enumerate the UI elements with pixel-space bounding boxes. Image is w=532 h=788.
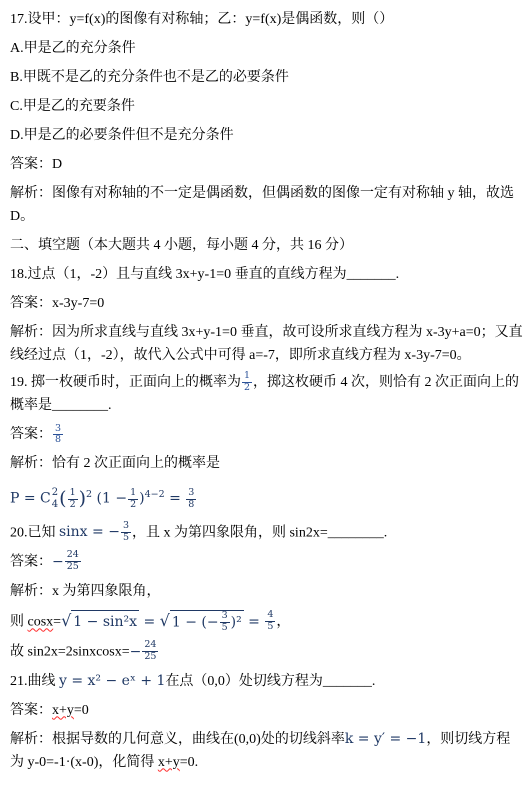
- q20-stem: 20.已知 sinx = −35，且 x 为第四象限角，则 sin2x=____…: [10, 521, 524, 544]
- q19-answer: 答案：38: [10, 423, 524, 446]
- stem-text: 在点（0,0）处切线方程为_______.: [165, 674, 375, 689]
- stem-text: 19. 掷一枚硬币时，正面向上的概率为: [10, 375, 241, 390]
- analysis-text: 因为所求直线与直线 3x+y-1=0 垂直，故可设所求直线方程为 x-3y+a=…: [10, 325, 523, 363]
- cosx-misspell-flag: cosx: [28, 615, 54, 630]
- answer-value: =0: [74, 703, 89, 718]
- fraction-three-fifths: 35: [120, 521, 132, 544]
- equals: =: [139, 614, 160, 630]
- analysis-text: 恰有 2 次正面向上的概率是: [52, 456, 220, 471]
- answer-label: 答案：: [10, 703, 52, 718]
- q17-option-c: C.甲是乙的充要条件: [10, 95, 524, 118]
- analysis-text: =0.: [180, 755, 198, 770]
- math-result: −2425: [130, 644, 160, 660]
- comma: ，: [276, 615, 290, 630]
- math-worksheet: 17.设甲：y=f(x)的图像有对称轴；乙：y=f(x)是偶函数，则（） A.甲…: [0, 0, 532, 788]
- q17-option-d: D.甲是乙的必要条件但不是充分条件: [10, 124, 524, 147]
- q18-answer: 答案：x-3y-7=0: [10, 292, 524, 315]
- q20-analysis-line1: 解析：x 为第四象限角，: [10, 580, 524, 603]
- answer-label: 答案：: [10, 296, 52, 311]
- answer-value: x-3y-7=0: [52, 296, 104, 311]
- document-page: { "colors": { "text": "#000000", "math":…: [0, 0, 532, 788]
- math-curve-equation: y = x² − eˣ + 1: [59, 673, 165, 689]
- fraction-24-25: 2425: [64, 550, 82, 573]
- fraction-24-25: 2425: [141, 640, 159, 663]
- math-sinx: sinx = −35: [59, 524, 132, 540]
- analysis-label: 解析：: [10, 584, 52, 599]
- equals: =: [53, 615, 61, 630]
- stem-text: 21.曲线: [10, 674, 59, 689]
- paren-close: ): [79, 488, 86, 510]
- analysis-text: 根据导数的几何意义，曲线在(0,0)处的切线斜率: [52, 732, 345, 747]
- fraction-one-half: 12: [241, 371, 253, 394]
- q19-analysis: 解析：恰有 2 次正面向上的概率是: [10, 452, 524, 475]
- math-slope: k = y′ = −1: [345, 731, 426, 747]
- q19-probability-formula: P = C24(12)2 (1 −12)4−2 = 38: [10, 483, 524, 511]
- q18-stem: 18.过点（1，-2）且与直线 3x+y-1=0 垂直的直线方程为_______…: [10, 263, 524, 286]
- q21-stem: 21.曲线 y = x² − eˣ + 1在点（0,0）处切线方程为______…: [10, 670, 524, 693]
- sqrt-one-minus-sin2x: √1 − sin²x: [61, 609, 139, 634]
- formula-mid: (1 −: [92, 491, 127, 507]
- analysis-label: 解析：: [10, 456, 52, 471]
- fraction-three-fifths: 35: [219, 611, 231, 634]
- q17-answer: 答案：D: [10, 153, 524, 176]
- xy-misspell-flag: x+y: [52, 703, 74, 718]
- analysis-label: 解析：: [10, 325, 52, 340]
- equals: =: [165, 491, 186, 507]
- exponent: 4−2: [145, 489, 165, 500]
- line-prefix: 故 sin2x=2sinxcosx=: [10, 645, 130, 660]
- answer-label: 答案：: [10, 427, 52, 442]
- stem-text: ，且 x 为第四象限角，则 sin2x=________.: [132, 525, 387, 540]
- fraction-three-eighths: 38: [185, 488, 197, 511]
- combination-indices: 24: [51, 487, 59, 511]
- math-sqrt-expression: √1 − sin²x = √1 − (−35)² = 45: [61, 614, 276, 630]
- q17-analysis: 解析：图像有对称轴的不一定是偶函数，但偶函数的图像一定有对称轴 y 轴，故选 D…: [10, 182, 524, 228]
- q20-answer: 答案：−2425: [10, 550, 524, 573]
- fraction-one-half: 12: [67, 488, 79, 511]
- section-heading: 二、填空题（本大题共 4 小题，每小题 4 分，共 16 分）: [10, 234, 524, 257]
- line-prefix: 则: [10, 615, 28, 630]
- q20-analysis-line2: 则 cosx=√1 − sin²x = √1 − (−35)² = 45，: [10, 609, 524, 634]
- q18-analysis: 解析：因为所求直线与直线 3x+y-1=0 垂直，故可设所求直线方程为 x-3y…: [10, 321, 524, 367]
- sqrt-one-minus-frac: √1 − (−35)²: [160, 609, 244, 634]
- stem-text: 20.已知: [10, 525, 59, 540]
- q17-option-b: B.甲既不是乙的充分条件也不是乙的必要条件: [10, 66, 524, 89]
- answer-value: −2425: [52, 554, 82, 570]
- q21-answer: 答案：x+y=0: [10, 699, 524, 722]
- q17-option-a: A.甲是乙的充分条件: [10, 37, 524, 60]
- equals: =: [244, 614, 265, 630]
- xy-misspell-flag: x+y: [158, 755, 180, 770]
- fraction-three-eighths: 38: [52, 424, 64, 447]
- answer-value: D: [52, 157, 62, 172]
- formula-lhs: P = C: [10, 491, 51, 507]
- paren-open: (: [59, 488, 66, 510]
- q17-stem: 17.设甲：y=f(x)的图像有对称轴；乙：y=f(x)是偶函数，则（）: [10, 8, 524, 31]
- q19-stem: 19. 掷一枚硬币时，正面向上的概率为12，掷这枚硬币 4 次，则恰有 2 次正…: [10, 371, 524, 417]
- answer-label: 答案：: [10, 157, 52, 172]
- analysis-text: x 为第四象限角，: [52, 584, 161, 599]
- radical-sign: √: [160, 611, 170, 630]
- fraction-one-half: 12: [127, 488, 139, 511]
- radical-sign: √: [61, 611, 71, 630]
- analysis-label: 解析：: [10, 732, 52, 747]
- analysis-text: 图像有对称轴的不一定是偶函数，但偶函数的图像一定有对称轴 y 轴，故选 D。: [10, 186, 514, 224]
- q20-analysis-line3: 故 sin2x=2sinxcosx=−2425: [10, 640, 524, 663]
- analysis-label: 解析：: [10, 186, 52, 201]
- answer-label: 答案：: [10, 555, 52, 570]
- q21-analysis: 解析：根据导数的几何意义，曲线在(0,0)处的切线斜率k = y′ = −1，则…: [10, 728, 524, 774]
- fraction-four-fifths: 45: [264, 610, 276, 633]
